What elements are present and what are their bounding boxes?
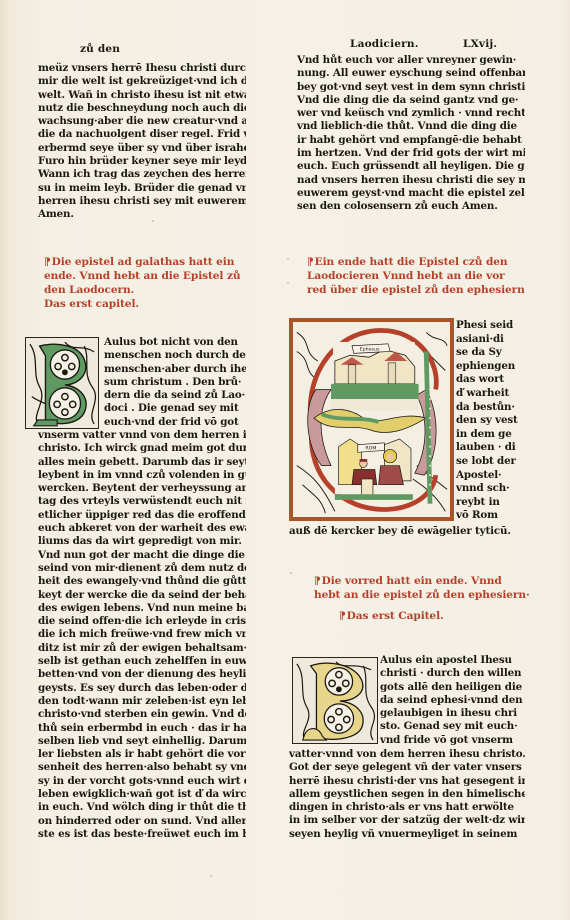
rubric-line: ⁋Die vorred hatt ein ende. Vnnd — [314, 574, 524, 588]
text-line: euch abkeret von der warheit des ewange — [38, 522, 246, 535]
text-line: senheit des herren·also behabt sy vnd th… — [38, 761, 246, 774]
right-top-text: Vnd hůt euch vor aller vnreyner gewin·nu… — [297, 54, 525, 214]
text-line: mir die welt ist gekreüziget·vnd ich der — [38, 75, 246, 88]
text-line: vnserm vatter vnnd von dem herren ihesu — [38, 429, 246, 442]
text-line: herren ihesu christi sey mit euwerem gey… — [38, 195, 246, 208]
text-line: den todt·wann mir zeleben·ist eyn leben … — [38, 695, 246, 708]
right-running-head: Laodiciern. — [350, 38, 419, 50]
text-line: tag des vrteyls verwüstendt euch nit mit — [38, 495, 246, 508]
initial-e-illustration-icon: Ephesus ROM — [293, 322, 450, 517]
text-line: das wort — [456, 373, 528, 387]
text-line: liums das da wirt gepredigt von mir. — [38, 535, 246, 548]
text-line: se lobt der — [456, 455, 528, 469]
text-line: selb ist gethan euch zehelffen in euwern… — [38, 655, 246, 668]
paper-speck — [287, 282, 289, 284]
text-line: den sy vest — [456, 414, 528, 428]
chapter-heading-text: Das erst Capitel. — [347, 610, 444, 622]
text-line: christo. Ich wirck gnad meim got durch — [38, 442, 246, 455]
rubric-line: red über die epistel zů den ephesiern — [307, 283, 521, 297]
left-running-head: zů den — [80, 43, 120, 55]
text-line: Furo hin brüder keyner seye mir leydig· — [38, 155, 246, 168]
text-line: ler liebsten als ir habt gehört die vorw… — [38, 748, 246, 761]
book-page: zů den Laodiciern. LXvij. meüz vnsers he… — [0, 0, 570, 920]
right-body-text: vatter·vnnd von dem herren ihesu christo… — [289, 748, 525, 841]
text-line: Phesi seid — [456, 319, 528, 333]
text-line: heit des ewangely·vnd thůnd die gůttig· — [38, 575, 246, 588]
left-top-text: meüz vnsers herrē Ihesu christi durch de… — [38, 62, 246, 222]
text-line: Aulus bot nicht von den — [104, 336, 246, 349]
text-line: erbermd seye über sy vnd über israhel go… — [38, 142, 246, 155]
text-line: Vnd hůt euch vor aller vnreyner gewin· — [297, 54, 525, 67]
rubric-line: hebt an die epistel zů den ephesiern· — [314, 588, 524, 602]
text-line: die seind offen·die ich erleyde in crist… — [38, 615, 246, 628]
text-line: Wann ich trag das zeychen des herren ihe — [38, 168, 246, 181]
rubric-line: den Laodocern. — [44, 283, 244, 297]
left-rubric: ⁋Die epistel ad galathas hatt einende. V… — [44, 255, 244, 311]
text-line: da bestůn· — [456, 401, 528, 415]
paper-speck — [152, 220, 154, 222]
text-line: in euch. Vnd wölch ding ir thůt die thůt — [38, 801, 246, 814]
initial-p-ornament-icon — [293, 658, 377, 743]
right-initial-side-text-2: Aulus ein apostel Ihesuchristi · durch d… — [380, 654, 526, 747]
folio-number: LXvij. — [463, 38, 497, 50]
text-line: menschen noch durch den — [104, 349, 246, 362]
text-line: Aulus ein apostel Ihesu — [380, 654, 526, 667]
text-line: vnd fride vō got vnserm — [380, 734, 526, 747]
text-line: in dem ge — [456, 428, 528, 442]
text-line: vatter·vnnd von dem herren ihesu christo… — [289, 748, 525, 761]
paper-speck — [287, 258, 289, 260]
text-line: Vnd nun got der macht die dinge die da — [38, 549, 246, 562]
text-line: vnnd sch· — [456, 482, 528, 496]
text-line: die da nachuolgent diser regel. Frid vnd — [38, 128, 246, 141]
text-line: vnd lieblich·die thůt. Vnnd die ding die — [297, 120, 525, 133]
text-line: Vnd die ding die da seind gantz vnd ge· — [297, 94, 525, 107]
text-line: reybt in — [456, 496, 528, 510]
pilcrow-icon: ⁋ — [314, 574, 321, 588]
text-line: ď warheit — [456, 387, 528, 401]
text-line: vō Rom — [456, 509, 528, 523]
woodcut-initial-p-yellow — [292, 657, 378, 744]
text-line: ir habt gehört vnd empfangē·die behabt — [297, 134, 525, 147]
text-line: bey got·vnd seyt vest in dem synn christ… — [297, 81, 525, 94]
text-line: dingen in christo·als er vns hatt erwölt… — [289, 801, 525, 814]
text-line: gelaubigen in ihesu chri — [380, 707, 526, 720]
text-line: gots allē den heiligen die — [380, 681, 526, 694]
text-line: seind von mir·dienent zů dem nutz der wa… — [38, 562, 246, 575]
rubric-line: ⁋Ein ende hatt die Epistel czů den — [307, 255, 521, 269]
text-line: nutz die beschneydung noch auch die über — [38, 102, 246, 115]
text-line: betten·vnd von der dienung des heyligen — [38, 668, 246, 681]
left-body-text: vnserm vatter vnnd von dem herren ihesuc… — [38, 429, 246, 841]
text-line: wachsung·aber die new creatur·vnd alle — [38, 115, 246, 128]
text-line: wercken. Beytent der verheyssung an dem — [38, 482, 246, 495]
text-line: da seind ephesi·vnnd den — [380, 694, 526, 707]
text-line: christi · durch den willen — [380, 667, 526, 680]
text-line: Apostel· — [456, 469, 528, 483]
paper-speck — [240, 90, 242, 92]
text-line: dern die da seind zů Lao· — [104, 389, 246, 402]
text-line: su in meim leyb. Brüder die genad vnsers — [38, 182, 246, 195]
text-line: on hinderred oder on sund. Vnd aller lie… — [38, 815, 246, 828]
paper-speck — [210, 875, 212, 877]
right-rubric-1: ⁋Ein ende hatt die Epistel czů denLaodoc… — [307, 255, 521, 297]
right-initial-side-text: Phesi seidasiani·dise da Syephiengendas … — [456, 319, 528, 523]
text-line: herrē ihesu christi·der vns hat gesegent… — [289, 775, 525, 788]
woodcut-initial-p-green — [25, 337, 99, 429]
text-line: asiani·di — [456, 333, 528, 347]
pilcrow-icon: ⁋ — [44, 255, 51, 269]
text-line: allem geystlichen segen in den himelisch… — [289, 788, 525, 801]
text-line: im hertzen. Vnd der frid gots der wirt m… — [297, 147, 525, 160]
rubric-line: ende. Vnnd hebt an die Epistel zů — [44, 269, 244, 283]
text-line: sy in der vorcht gots·vnnd euch wirt das — [38, 775, 246, 788]
right-rubric-2: ⁋Die vorred hatt ein ende. Vnndhebt an d… — [314, 574, 524, 602]
rubric-line: Das erst capitel. — [44, 297, 244, 311]
banner-rom-label: ROM — [365, 445, 376, 451]
text-line: nad vnsers herren ihesu christi die sey … — [297, 174, 525, 187]
text-line: des ewigen lebens. Vnd nun meine band — [38, 602, 246, 615]
banner-ephesus-label: Ephesus — [360, 347, 380, 353]
pilcrow-icon: ⁋ — [307, 255, 314, 269]
pilcrow-icon: ⁋ — [339, 609, 346, 623]
text-line: Got der seye gelegent vñ der vater vnser… — [289, 761, 525, 774]
text-line: doci . Die genad sey mit — [104, 402, 246, 415]
left-initial-side-text: Aulus bot nicht von denmenschen noch dur… — [104, 336, 246, 429]
text-line: seyen heylig vñ vnuermeyliget in seinem — [289, 828, 525, 841]
text-line: meüz vnsers herrē Ihesu christi durch de… — [38, 62, 246, 75]
text-line: geysts. Es sey durch das leben·oder durc… — [38, 682, 246, 695]
text-line: christo·vnd sterben ein gewin. Vnd derse… — [38, 708, 246, 721]
text-line: wer vnd keüsch vnd zymlich · vnnd recht — [297, 107, 525, 120]
chapter-heading: ⁋Das erst Capitel. — [339, 609, 519, 623]
paper-speck — [290, 572, 292, 574]
text-line: selben lieb vnd seyt einhellig. Darumb a… — [38, 735, 246, 748]
text-line: ditz ist mir zů der ewigen behaltsam·Das — [38, 642, 246, 655]
text-line: ste es ist das beste·freüwet euch im her… — [38, 828, 246, 841]
text-line: euwerem geyst·vnd macht die epistel zele… — [297, 187, 525, 200]
text-line: menschen·aber durch ihe — [104, 363, 246, 376]
text-line: sto. Genad sey mit euch· — [380, 720, 526, 733]
text-line: sum christum . Den brů· — [104, 376, 246, 389]
text-line: Amen. — [38, 208, 246, 221]
text-line: lauben · di — [456, 441, 528, 455]
text-line: nung. All euwer eyschung seind offenbar — [297, 67, 525, 80]
rubric-line: ⁋Die epistel ad galathas hatt ein — [44, 255, 244, 269]
text-line: euch. Euch grüssendt all heyligen. Die g… — [297, 160, 525, 173]
text-line: sen den colosensern zů euch Amen. — [297, 200, 525, 213]
text-line: etlicher üppiger red das die eroffendt d… — [38, 509, 246, 522]
text-line: die ich mich freüwe·vnd frew mich vnd — [38, 628, 246, 641]
text-line: leybent in im vnnd czů volenden in gůtte… — [38, 469, 246, 482]
text-line: keyt der wercke die da seind der behalts… — [38, 589, 246, 602]
text-line: se da Sy — [456, 346, 528, 360]
initial-p-ornament-icon — [26, 338, 98, 428]
initial-caption-line: auß dē kercker bey dē ewāgelier tyticū. — [289, 525, 525, 538]
text-line: alles mein gebett. Darumb das ir seyt be… — [38, 456, 246, 469]
text-line: in im selber vor der satzüg der welt·dz … — [289, 814, 525, 827]
text-line: leben ewigklich·wañ got ist ď da wircket — [38, 788, 246, 801]
text-line: thů sein erbermbd in euch · das ir habt … — [38, 722, 246, 735]
text-line: ephiengen — [456, 360, 528, 374]
illustrated-initial-e: Ephesus ROM — [289, 318, 454, 521]
text-line: welt. Wañ in christo ihesu ist nit etwas — [38, 89, 246, 102]
text-line: euch·vnd der frid vō got — [104, 416, 246, 429]
rubric-line: Laodocieren Vnnd hebt an die vor — [307, 269, 521, 283]
